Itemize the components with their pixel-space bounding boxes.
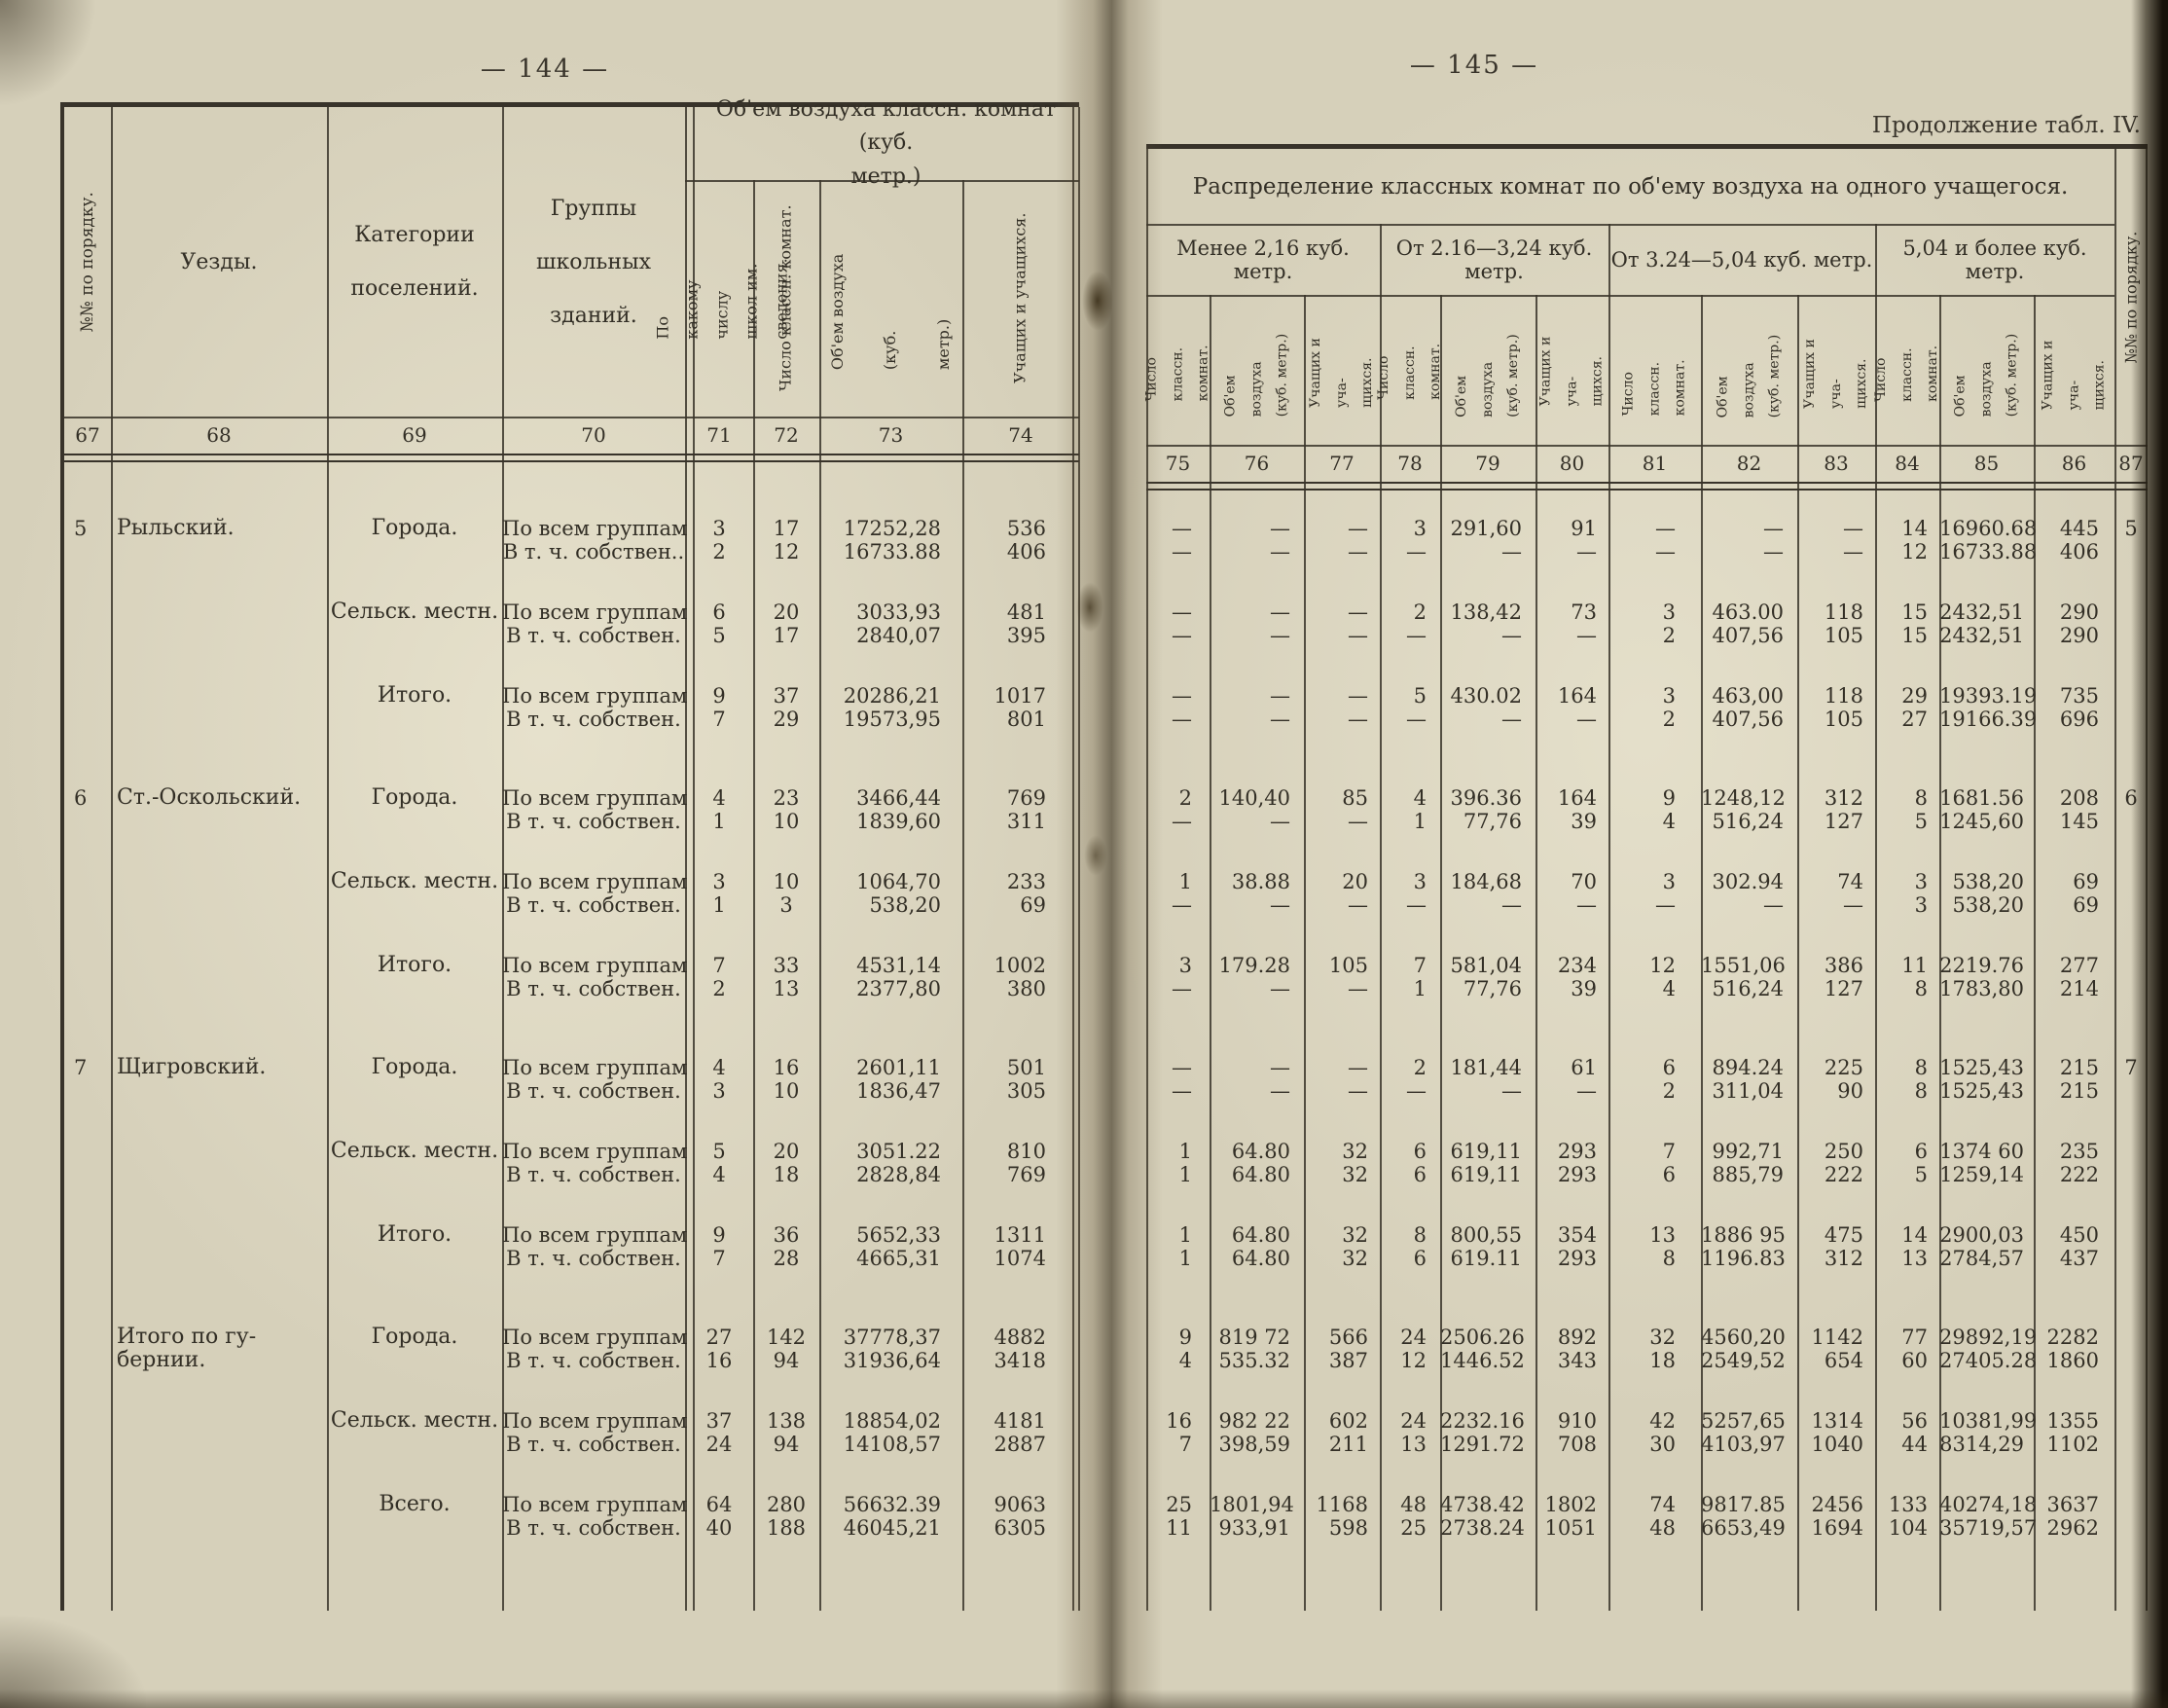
cell-group: По всем группам	[502, 1056, 685, 1079]
cell-col73: 3051.22	[819, 1140, 962, 1163]
cell-col83: 1314	[1797, 1409, 1875, 1433]
cell-col85: 16960.68	[1939, 517, 2034, 540]
cell-col79: 2506.26	[1440, 1326, 1536, 1349]
colnum: 67	[64, 417, 111, 454]
cell-col72: 17	[753, 624, 819, 647]
cell-uezd: Ст.-Оскольский.	[111, 786, 327, 810]
cell-col83: 1694	[1797, 1516, 1875, 1540]
uezd-section-left: Итого по гу- Города. По всем группам 27 …	[64, 1326, 1079, 1540]
cell-col76: —	[1210, 1079, 1304, 1103]
cell-col73: 1839,60	[819, 810, 962, 833]
cell-col77: —	[1304, 977, 1380, 1000]
cell-col82: 516,24	[1701, 810, 1797, 833]
cell-col83: 2456	[1797, 1493, 1875, 1516]
cell-col73: 19573,95	[819, 708, 962, 731]
cell-col83: 475	[1797, 1223, 1875, 1247]
cell-col71: 3	[685, 517, 753, 540]
cell-category	[327, 1163, 502, 1186]
cell-col82: 311,04	[1701, 1079, 1797, 1103]
cell-col71: 9	[685, 684, 753, 708]
cell-col78: —	[1380, 1079, 1440, 1103]
table-row-right: — — — — — — — — — 3 538,20 69	[1146, 893, 2148, 917]
cell-col85: 1783,80	[1939, 977, 2034, 1000]
cell-group: В т. ч. собствен.	[502, 624, 685, 647]
cell-col76: —	[1210, 893, 1304, 917]
cell-col80: 73	[1536, 600, 1608, 624]
cell-col76: 38.88	[1210, 870, 1304, 893]
cell-col86: 69	[2034, 893, 2114, 917]
subheader-rooms: Число классн. комнат.	[1868, 338, 1946, 402]
cell-row-number	[64, 893, 111, 917]
cell-col71: 5	[685, 624, 753, 647]
cell-col82: 407,56	[1701, 624, 1797, 647]
cell-group: По всем группам	[502, 517, 685, 540]
cell-col71: 7	[685, 708, 753, 731]
cell-col78: —	[1380, 540, 1440, 563]
cell-col86: 696	[2034, 708, 2114, 731]
cell-col86: 2962	[2034, 1516, 2114, 1540]
cell-col86: 445	[2034, 517, 2114, 540]
cell-col84: 5	[1875, 810, 1939, 833]
cell-col72: 33	[753, 954, 819, 977]
cell-col71: 2	[685, 977, 753, 1000]
volume-range-groups: Менее 2,16 куб. метр. От 2.16—3,24 куб. …	[1146, 224, 2114, 295]
cell-group: В т. ч. собствен.	[502, 1433, 685, 1456]
table-row-right: — — — — — — 2 311,04 90 8 1525,43 215	[1146, 1079, 2148, 1103]
cell-col81: 42	[1608, 1409, 1701, 1433]
header-col68: Уезды.	[111, 107, 327, 417]
cell-col83: 74	[1797, 870, 1875, 893]
page-edge-shadow-bottom	[0, 1690, 2168, 1708]
cell-col71: 6	[685, 600, 753, 624]
cell-col73: 17252,28	[819, 517, 962, 540]
cell-col73: 3466,44	[819, 786, 962, 810]
cell-uezd	[111, 624, 327, 647]
table-row-right: 9 819 72 566 24 2506.26 892 32 4560,20 1…	[1146, 1326, 2148, 1349]
uezd-section-left: 6 Ст.-Оскольский. Города. По всем группа…	[64, 786, 1079, 1000]
uezd-section-right: 2 140,40 85 4 396.36 164 9 1248,12 312 8…	[1146, 786, 2148, 1000]
header-col70-label: Группы школьных зданий.	[536, 182, 651, 343]
cell-col72: 94	[753, 1433, 819, 1456]
cell-row-number: 7	[64, 1056, 111, 1079]
cell-col78: 5	[1380, 684, 1440, 708]
table-row-left: В т. ч. собствен. 7 28 4665,31 1074	[64, 1247, 1079, 1270]
cell-uezd	[111, 893, 327, 917]
cell-col72: 12	[753, 540, 819, 563]
cell-col81: 12	[1608, 954, 1701, 977]
table-row-right: 25 1801,94 1168 48 4738.42 1802 74 9817.…	[1146, 1493, 2148, 1516]
cell-col86: 208	[2034, 786, 2114, 810]
cell-group: По всем группам	[502, 600, 685, 624]
cell-col86: 69	[2034, 870, 2114, 893]
cell-col72: 10	[753, 1079, 819, 1103]
cell-col71: 3	[685, 1079, 753, 1103]
table-row-left: В т. ч. собствен. 24 94 14108,57 2887	[64, 1433, 1079, 1456]
cell-col78: 13	[1380, 1433, 1440, 1456]
cell-col80: 293	[1536, 1247, 1608, 1270]
cell-col77: 32	[1304, 1163, 1380, 1186]
cell-col77: —	[1304, 1079, 1380, 1103]
cell-group: В т. ч. собствен.	[502, 1163, 685, 1186]
cell-col84: 14	[1875, 1223, 1939, 1247]
cell-category	[327, 977, 502, 1000]
table-row-left: В т. ч. собствен. 5 17 2840,07 395	[64, 624, 1079, 647]
cell-col83: 118	[1797, 600, 1875, 624]
cell-col83: 1040	[1797, 1433, 1875, 1456]
cell-col76: —	[1210, 810, 1304, 833]
cell-col73: 14108,57	[819, 1433, 962, 1456]
cell-row-number	[64, 1140, 111, 1163]
binding-stain	[1076, 582, 1103, 633]
cell-col84: 56	[1875, 1409, 1939, 1433]
cell-row-number	[64, 1223, 111, 1247]
cell-col83: 250	[1797, 1140, 1875, 1163]
cell-uezd	[111, 954, 327, 977]
cell-col83: 1142	[1797, 1326, 1875, 1349]
table-row-right: — — — 5 430.02 164 3 463,00 118 29 19393…	[1146, 684, 2148, 708]
cell-col73: 5652,33	[819, 1223, 962, 1247]
uezd-section-right: — — — 2 181,44 61 6 894.24 225 8 1525,43…	[1146, 1056, 2148, 1270]
cell-col82: 463,00	[1701, 684, 1797, 708]
cell-group: По всем группам	[502, 1326, 685, 1349]
cell-group: По всем группам	[502, 1140, 685, 1163]
cell-col85: 1525,43	[1939, 1056, 2034, 1079]
cell-col72: 36	[753, 1223, 819, 1247]
page-number-left: — 144 —	[418, 55, 671, 84]
table-row-left: Сельск. местн. По всем группам 6 20 3033…	[64, 600, 1079, 624]
cell-col72: 10	[753, 810, 819, 833]
cell-col84: 15	[1875, 624, 1939, 647]
cell-col85: 2219.76	[1939, 954, 2034, 977]
cell-col85: 40274,18	[1939, 1493, 2034, 1516]
cell-col80: 91	[1536, 517, 1608, 540]
cell-row-number	[64, 1516, 111, 1540]
table-row-right: 3 179.28 105 7 581,04 234 12 1551,06 386…	[1146, 954, 2148, 977]
cell-col72: 94	[753, 1349, 819, 1372]
cell-group: В т. ч. собствен.	[502, 1516, 685, 1540]
cell-col71: 4	[685, 1163, 753, 1186]
cell-col82: 1551,06	[1701, 954, 1797, 977]
cell-col77: 85	[1304, 786, 1380, 810]
cell-group: По всем группам	[502, 1409, 685, 1433]
cell-col81: 18	[1608, 1349, 1701, 1372]
cell-col86: 145	[2034, 810, 2114, 833]
column-numbers-left: 67 68 69 70 71 72 73 74	[64, 417, 1079, 454]
cell-col82: 992,71	[1701, 1140, 1797, 1163]
group-range-4: 5,04 и более куб. метр.	[1875, 224, 2114, 295]
cell-col86: 1860	[2034, 1349, 2114, 1372]
cell-uezd: Рыльский.	[111, 517, 327, 540]
page-left-table: №№ по порядку. Уезды. Категории поселени…	[60, 102, 1079, 1611]
uezd-section-right: — — — 3 291,60 91 — — — 14 16960.68 445	[1146, 517, 2148, 731]
cell-col77: —	[1304, 600, 1380, 624]
cell-col80: 343	[1536, 1349, 1608, 1372]
cell-col72: 20	[753, 1140, 819, 1163]
cell-col85: 29892,19	[1939, 1326, 2034, 1349]
cell-col85: 1245,60	[1939, 810, 2034, 833]
cell-col81: 3	[1608, 600, 1701, 624]
cell-col84: 133	[1875, 1493, 1939, 1516]
cell-col79: 4738.42	[1440, 1493, 1536, 1516]
cell-col81: 7	[1608, 1140, 1701, 1163]
cell-col81: 8	[1608, 1247, 1701, 1270]
table-row-right: 7 398,59 211 13 1291.72 708 30 4103,97 1…	[1146, 1433, 2148, 1456]
cell-row-number	[64, 977, 111, 1000]
cell-col84: 12	[1875, 540, 1939, 563]
table-row-right: — — — 1 77,76 39 4 516,24 127 8 1783,80 …	[1146, 977, 2148, 1000]
colnum: 86	[2034, 445, 2114, 482]
cell-col82: —	[1701, 540, 1797, 563]
cell-col82: 5257,65	[1701, 1409, 1797, 1433]
table-row-left: Итого по гу- Города. По всем группам 27 …	[64, 1326, 1079, 1349]
table-row-left: Сельск. местн. По всем группам 5 20 3051…	[64, 1140, 1079, 1163]
cell-col86: 1102	[2034, 1433, 2114, 1456]
cell-col84: 5	[1875, 1163, 1939, 1186]
cell-col80: —	[1536, 1079, 1608, 1103]
cell-col78: 6	[1380, 1163, 1440, 1186]
cell-category: Всего.	[327, 1493, 502, 1516]
cell-col71: 7	[685, 1247, 753, 1270]
table-continuation-label: Продолжение табл. IV.	[1703, 113, 2141, 138]
header-group-title: Об'ем воздуха классн. комнат (куб. метр.…	[693, 107, 1079, 180]
cell-col72: 3	[753, 893, 819, 917]
cell-category	[327, 810, 502, 833]
cell-col81: 4	[1608, 810, 1701, 833]
cell-col80: 892	[1536, 1326, 1608, 1349]
cell-uezd: Щигровский.	[111, 1056, 327, 1079]
cell-col78: 6	[1380, 1247, 1440, 1270]
cell-col83: 654	[1797, 1349, 1875, 1372]
cell-col82: 894.24	[1701, 1056, 1797, 1079]
table-row-left: Итого. По всем группам 7 33 4531,14 1002	[64, 954, 1079, 977]
cell-col73: 4531,14	[819, 954, 962, 977]
cell-col79: 396.36	[1440, 786, 1536, 810]
cell-col85: 19393.19	[1939, 684, 2034, 708]
cell-col71: 1	[685, 893, 753, 917]
cell-col80: 708	[1536, 1433, 1608, 1456]
cell-col76: 140,40	[1210, 786, 1304, 810]
cell-col79: 619,11	[1440, 1163, 1536, 1186]
cell-col83: 105	[1797, 624, 1875, 647]
cell-uezd	[111, 1140, 327, 1163]
cell-category: Итого.	[327, 954, 502, 977]
group-range-2: От 2.16—3,24 куб. метр.	[1380, 224, 1608, 295]
cell-group: В т. ч. собствен.	[502, 1349, 685, 1372]
table-row-left: В т. ч. собствен. 2 13 2377,80 380	[64, 977, 1079, 1000]
table-row-left: В т. ч. собствен. 7 29 19573,95 801	[64, 708, 1079, 731]
cell-group: В т. ч. собствен.	[502, 893, 685, 917]
table-row-right: 1 64.80 32 6 619,11 293 6 885,79 222 5 1…	[1146, 1163, 2148, 1186]
cell-col81: —	[1608, 893, 1701, 917]
cell-col76: —	[1210, 600, 1304, 624]
group-range-2-label: От 2.16—3,24 куб. метр.	[1380, 236, 1608, 283]
cell-col82: 6653,49	[1701, 1516, 1797, 1540]
cell-col84: 8	[1875, 1056, 1939, 1079]
cell-uezd	[111, 1247, 327, 1270]
cell-uezd	[111, 977, 327, 1000]
column-numbers-right: 75 76 77 78 79 80 81 82 83 84 85 86 87	[1146, 445, 2148, 482]
table-row-right: 16 982 22 602 24 2232.16 910 42 5257,65 …	[1146, 1409, 2148, 1433]
cell-row-number	[64, 1326, 111, 1349]
cell-row-number	[64, 1349, 111, 1372]
cell-col72: 138	[753, 1409, 819, 1433]
cell-group: По всем группам	[502, 684, 685, 708]
colnum: 85	[1939, 445, 2034, 482]
cell-col84: 60	[1875, 1349, 1939, 1372]
colnum: 69	[327, 417, 502, 454]
cell-col72: 28	[753, 1247, 819, 1270]
cell-row-number	[64, 1163, 111, 1186]
cell-col72: 23	[753, 786, 819, 810]
subheader-volume: Об'ем воздуха (куб. метр.)	[1948, 323, 2026, 418]
cell-col78: 3	[1380, 517, 1440, 540]
cell-category	[327, 1349, 502, 1372]
cell-col78: 8	[1380, 1223, 1440, 1247]
header-col67-label: №№ по порядку.	[78, 192, 97, 332]
group-range-1-label: Менее 2,16 куб. метр.	[1146, 236, 1380, 283]
cell-group: По всем группам	[502, 954, 685, 977]
cell-col81: 2	[1608, 1079, 1701, 1103]
cell-category	[327, 624, 502, 647]
cell-row-number: 6	[64, 786, 111, 810]
cell-col79: 291,60	[1440, 517, 1536, 540]
cell-col84: 8	[1875, 1079, 1939, 1103]
cell-col71: 1	[685, 810, 753, 833]
header-col73: Об'ем воздуха (куб. метр.)	[819, 180, 962, 417]
cell-col77: 32	[1304, 1223, 1380, 1247]
cell-category	[327, 893, 502, 917]
cell-col77: 387	[1304, 1349, 1380, 1372]
cell-col83: —	[1797, 893, 1875, 917]
page-edge-shadow-right	[2131, 0, 2168, 1708]
cell-col71: 7	[685, 954, 753, 977]
cell-col71: 2	[685, 540, 753, 563]
header-col67: №№ по порядку.	[64, 107, 111, 417]
table-row-right: 4 535.32 387 12 1446.52 343 18 2549,52 6…	[1146, 1349, 2148, 1372]
cell-col76: —	[1210, 708, 1304, 731]
cell-col83: 127	[1797, 810, 1875, 833]
cell-col78: —	[1380, 893, 1440, 917]
cell-col81: —	[1608, 517, 1701, 540]
cell-col71: 24	[685, 1433, 753, 1456]
cell-col85: 1525,43	[1939, 1079, 2034, 1103]
cell-group: В т. ч. собствен..	[502, 540, 685, 563]
cell-col82: 1196.83	[1701, 1247, 1797, 1270]
cell-col72: 37	[753, 684, 819, 708]
table-row-right: — — — 2 138,42 73 3 463.00 118 15 2432,5…	[1146, 600, 2148, 624]
cell-col77: 32	[1304, 1140, 1380, 1163]
cell-col77: 20	[1304, 870, 1380, 893]
cell-col82: 407,56	[1701, 708, 1797, 731]
cell-col78: 25	[1380, 1516, 1440, 1540]
cell-col78: 7	[1380, 954, 1440, 977]
cell-col76: —	[1210, 1056, 1304, 1079]
colnum: 72	[753, 417, 819, 454]
table-row-left: 7 Щигровский. Города. По всем группам 4 …	[64, 1056, 1079, 1079]
cell-col83: 386	[1797, 954, 1875, 977]
cell-col86: 406	[2034, 540, 2114, 563]
cell-col76: 982 22	[1210, 1409, 1304, 1433]
cell-col77: —	[1304, 624, 1380, 647]
cell-col73: 16733.88	[819, 540, 962, 563]
cell-category: Сельск. местн.	[327, 600, 502, 624]
cell-col73: 2601,11	[819, 1056, 962, 1079]
cell-col81: 2	[1608, 624, 1701, 647]
cell-col80: 354	[1536, 1223, 1608, 1247]
cell-col77: 566	[1304, 1326, 1380, 1349]
cell-col82: —	[1701, 893, 1797, 917]
table-row-left: 5 Рыльский. Города. По всем группам 3 17…	[64, 517, 1079, 540]
cell-col81: —	[1608, 540, 1701, 563]
cell-group: В т. ч. собствен.	[502, 1079, 685, 1103]
cell-row-number	[64, 540, 111, 563]
header-col74-label: Учащих и учащихся.	[1006, 213, 1035, 383]
cell-col77: —	[1304, 708, 1380, 731]
cell-col73: 4665,31	[819, 1247, 962, 1270]
group-range-3-label: От 3.24—5,04 куб. метр.	[1611, 248, 1873, 272]
cell-col86: 3637	[2034, 1493, 2114, 1516]
cell-col85: 27405.28	[1939, 1349, 2034, 1372]
page-number-right: — 145 —	[1348, 51, 1601, 80]
cell-col76: 398,59	[1210, 1433, 1304, 1456]
cell-col80: 293	[1536, 1140, 1608, 1163]
cell-col77: 211	[1304, 1433, 1380, 1456]
subheader-pupils: Учащих и уча- щихся.	[2036, 330, 2114, 411]
cell-col81: 30	[1608, 1433, 1701, 1456]
uezd-section-right: 9 819 72 566 24 2506.26 892 32 4560,20 1…	[1146, 1326, 2148, 1540]
table-row-left: бернии. В т. ч. собствен. 16 94 31936,64…	[64, 1349, 1079, 1372]
cell-col76: 64.80	[1210, 1140, 1304, 1163]
cell-col83: 222	[1797, 1163, 1875, 1186]
cell-col84: 27	[1875, 708, 1939, 731]
cell-row-number	[64, 954, 111, 977]
cell-col79: 2738.24	[1440, 1516, 1536, 1540]
table-row-left: В т. ч. собствен. 40 188 46045,21 6305	[64, 1516, 1079, 1540]
cell-category: Города.	[327, 1056, 502, 1079]
cell-col71: 27	[685, 1326, 753, 1349]
cell-col71: 9	[685, 1223, 753, 1247]
cell-col73: 31936,64	[819, 1349, 962, 1372]
corner-shadow-bottom-left	[0, 1616, 146, 1708]
colnum: 82	[1701, 445, 1797, 482]
cell-col83: 312	[1797, 786, 1875, 810]
cell-col85: 19166.39	[1939, 708, 2034, 731]
cell-col73: 538,20	[819, 893, 962, 917]
cell-col80: 910	[1536, 1409, 1608, 1433]
cell-col85: 2432,51	[1939, 624, 2034, 647]
cell-col81: 6	[1608, 1056, 1701, 1079]
cell-col76: 1801,94	[1210, 1493, 1304, 1516]
header-col71: По какому числу школ им. сведения.	[693, 180, 753, 417]
cell-col77: —	[1304, 810, 1380, 833]
table-body-right: — — — 3 291,60 91 — — — 14 16960.68 445	[1146, 488, 2148, 1540]
cell-group: В т. ч. собствен.	[502, 977, 685, 1000]
cell-col79: 77,76	[1440, 977, 1536, 1000]
cell-col80: 61	[1536, 1056, 1608, 1079]
table-row-left: 6 Ст.-Оскольский. Города. По всем группа…	[64, 786, 1079, 810]
cell-col80: 164	[1536, 684, 1608, 708]
cell-col82: 885,79	[1701, 1163, 1797, 1186]
cell-col78: 2	[1380, 1056, 1440, 1079]
subheader-rooms: Число классн. комнат.	[1616, 324, 1694, 417]
cell-col82: 4103,97	[1701, 1433, 1797, 1456]
cell-col73: 18854,02	[819, 1409, 962, 1433]
uezd-section-left: 5 Рыльский. Города. По всем группам 3 17…	[64, 517, 1079, 731]
header-col68-label: Уезды.	[181, 236, 258, 289]
cell-group: По всем группам	[502, 1223, 685, 1247]
table-row-left: В т. ч. собствен.. 2 12 16733.88 406	[64, 540, 1079, 563]
cell-col79: —	[1440, 893, 1536, 917]
